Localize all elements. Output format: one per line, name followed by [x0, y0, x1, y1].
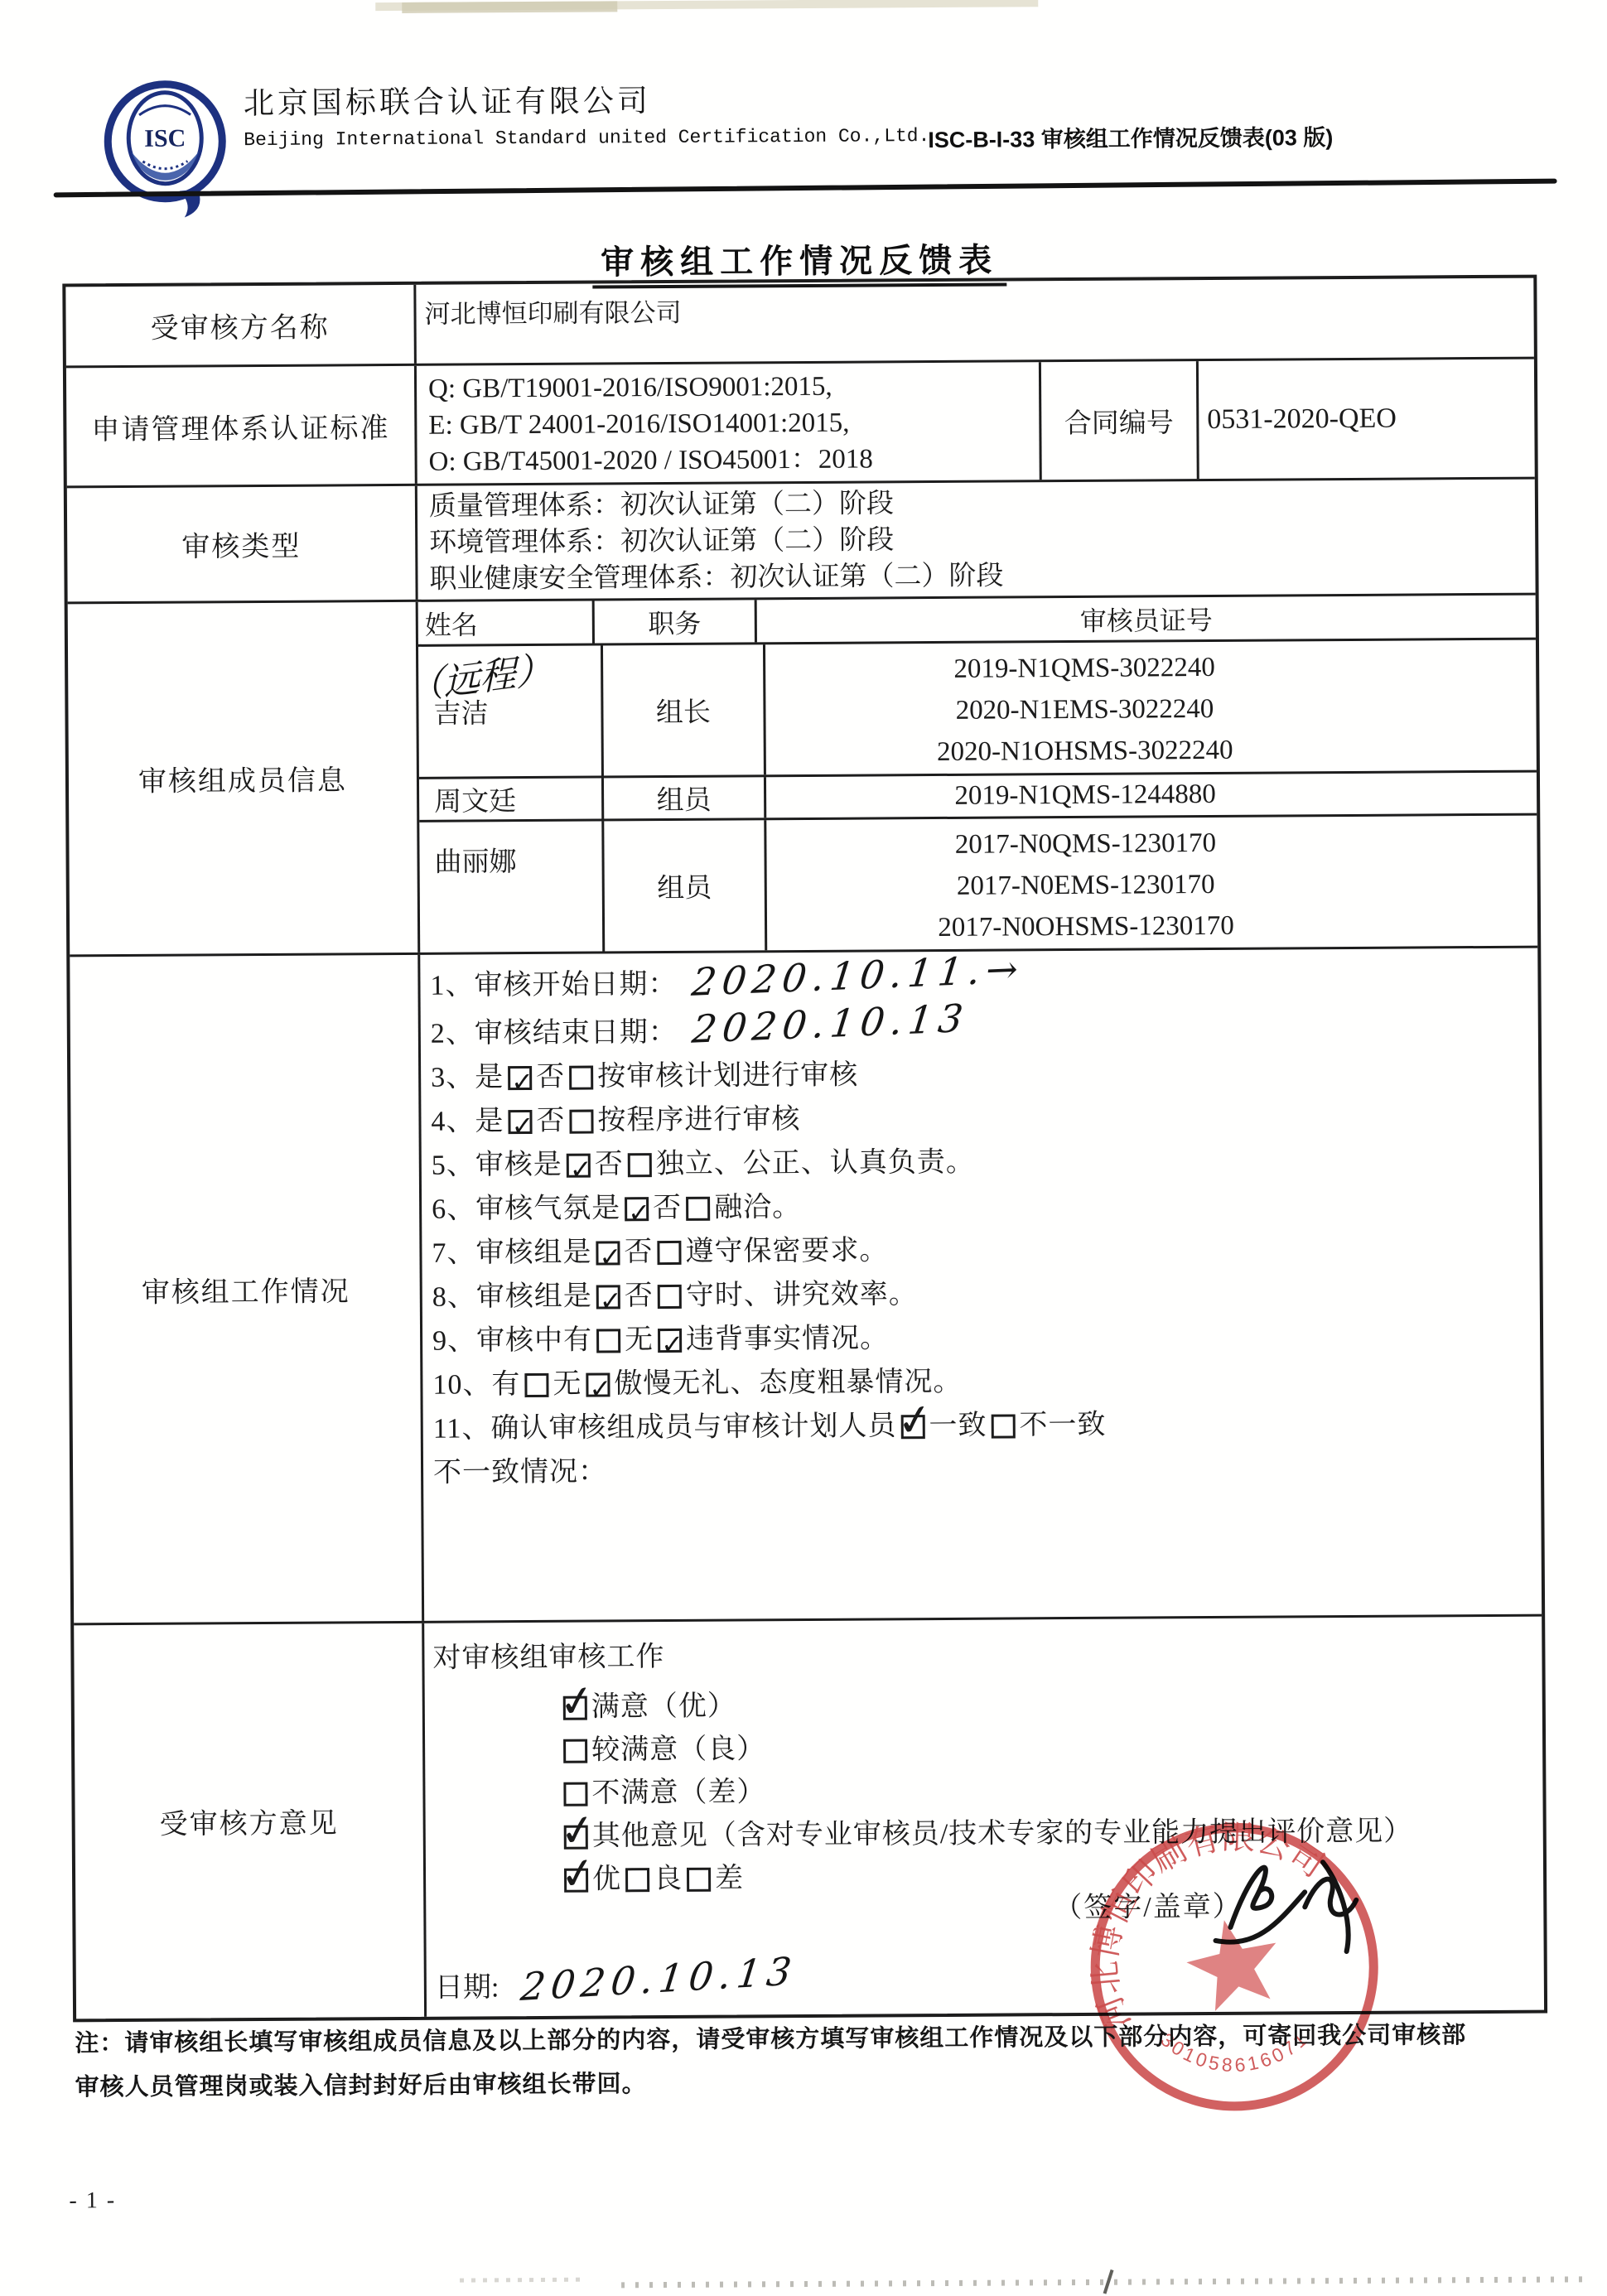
contract-value: 0531-2020-QEO	[1196, 359, 1535, 479]
scan-content: ISC 北京国标联合认证有限公司 Beijing International S…	[0, 0, 1607, 2296]
checkbox-empty	[563, 1782, 587, 1806]
member-name: 曲丽娜 （远程）	[419, 821, 602, 952]
checkbox-empty	[686, 1197, 710, 1221]
opinion-option: 不满意（差）	[559, 1767, 1542, 1816]
checkbox-empty	[563, 1739, 587, 1763]
member-row: 周文廷 组员 2019-N1QMS-1244880	[419, 770, 1537, 820]
checkbox-empty	[658, 1285, 682, 1309]
work-item: 2、审核结束日期：2020.10.13	[431, 1001, 1538, 1056]
auditee-label: 受审核方名称	[65, 285, 414, 366]
work-item: 8、审核组是否守时、讲究效率。	[432, 1269, 1540, 1319]
member-certs: 2019-N1QMS-3022240 2020-N1EMS-3022240 20…	[763, 640, 1537, 775]
member-cert: 2020-N1EMS-3022240	[765, 687, 1403, 733]
footer-note: 注：请审核组长填写审核组成员信息及以上部分的内容，请受审核方填写审核组工作情况及…	[75, 2013, 1566, 2110]
opinion-intro: 对审核组审核工作	[424, 1617, 1542, 1676]
member-role: 组员	[601, 820, 765, 951]
text: 5、审核是	[432, 1150, 562, 1181]
svg-text:河北博恒印刷有限公司: 河北博恒印刷有限公司	[1058, 1797, 1358, 2036]
audit-type-line: 职业健康安全管理体系：初次认证第（二）阶段	[429, 555, 1535, 598]
text: 差	[715, 1863, 744, 1893]
checkbox-hand	[563, 1696, 587, 1720]
member-name: 周文廷	[419, 778, 601, 819]
member-row: 吉洁 组长 2019-N1QMS-3022240 2020-N1EMS-3022…	[418, 638, 1537, 777]
text: 2、审核结束日期：	[431, 1017, 678, 1049]
checkbox-empty	[569, 1110, 593, 1134]
work-item: 4、是否按程序进行审核	[431, 1093, 1538, 1144]
text: 融洽。	[714, 1192, 801, 1223]
member-col-role: 职务	[592, 600, 755, 643]
svg-text:ISC: ISC	[144, 125, 186, 152]
member-col-cert: 审核员证号	[755, 596, 1536, 643]
checkbox-check	[567, 1154, 591, 1178]
handwritten-date: 2020.10.13	[519, 1948, 799, 2009]
text: 11、确认审核组成员与审核计划人员	[433, 1411, 897, 1444]
text: 不满意（差）	[591, 1777, 765, 1808]
scan-artifact-bottom	[460, 2278, 584, 2283]
auditee-value-cell: 河北博恒印刷有限公司	[413, 278, 1534, 364]
row-standards: 申请管理体系认证标准 Q: GB/T19001-2016/ISO9001:201…	[66, 357, 1535, 486]
work-item: 9、审核中有无违背事实情况。	[432, 1313, 1540, 1363]
standards-label: 申请管理体系认证标准	[66, 366, 415, 486]
text: 8、审核组是	[432, 1281, 592, 1313]
isc-logo-icon: ISC	[99, 75, 233, 227]
work-item: 6、审核气氛是否融洽。	[432, 1181, 1539, 1232]
opinion-label: 受审核方意见	[74, 1623, 424, 2019]
doc-code: ISC-B-I-33 审核组工作情况反馈表(03 版)	[928, 119, 1333, 154]
standards-cell: Q: GB/T19001-2016/ISO9001:2015, E: GB/T …	[414, 362, 1040, 484]
text: 傲慢无礼、态度粗暴情况。	[614, 1367, 962, 1400]
note-line-2: 审核人员管理岗或装入信封封好后由审核组长带回。	[75, 2057, 1566, 2110]
checkbox-check	[658, 1329, 682, 1353]
org-name-en: Beijing International Standard united Ce…	[244, 125, 929, 151]
text: 否	[595, 1149, 624, 1179]
audit-type-cell: 质量管理体系：初次认证第（二）阶段 环境管理体系：初次认证第（二）阶段 职业健康…	[415, 480, 1536, 600]
checkbox-empty	[569, 1066, 593, 1090]
work-item: 1、审核开始日期：2020.10.11.→	[430, 953, 1537, 1008]
text: 否	[536, 1062, 565, 1093]
member-cert: 2020-N1OHSMS-3022240	[766, 729, 1404, 774]
text: 无	[625, 1324, 654, 1355]
text: 较满意（良）	[591, 1734, 765, 1765]
text: 否	[536, 1106, 565, 1136]
text: 3、是	[431, 1062, 504, 1093]
work-item: 不一致情况：	[433, 1445, 1541, 1495]
checkbox-check	[508, 1110, 532, 1134]
text: 1、审核开始日期：	[430, 969, 677, 1001]
header-rule	[54, 179, 1557, 198]
date-line: 日期: 2020.10.13	[435, 1959, 798, 2006]
member-role: 组员	[601, 777, 764, 818]
date-label: 日期:	[435, 1972, 499, 2003]
member-certs: 2017-N0QMS-1230170 2017-N0EMS-1230170 20…	[764, 816, 1537, 951]
text: 良	[654, 1864, 683, 1894]
text: 不一致情况：	[433, 1456, 607, 1488]
handwritten-text: 2020.10.11.→	[689, 947, 1025, 1005]
member-role: 组长	[601, 644, 764, 775]
text: 按审核计划进行审核	[597, 1060, 858, 1093]
text: 6、审核气氛是	[432, 1193, 620, 1224]
checkbox-check	[508, 1066, 532, 1090]
handwritten-text: 2020.10.13	[690, 996, 971, 1052]
scanned-form-page: ISC 北京国标联合认证有限公司 Beijing International S…	[0, 0, 1607, 2296]
text: 无	[553, 1369, 582, 1400]
checkbox-check	[596, 1241, 620, 1265]
text: 独立、公正、认真负责。	[656, 1147, 975, 1179]
text: 不一致	[1019, 1410, 1106, 1441]
checkbox-empty	[687, 1868, 711, 1892]
member-cert: 2019-N1QMS-3022240	[765, 646, 1403, 692]
stamp-star-icon	[1180, 1910, 1287, 2014]
text: 否	[625, 1281, 654, 1311]
checkbox-empty	[524, 1373, 548, 1397]
row-members: 审核组成员信息 姓名 职务 审核员证号 吉洁 组长 2019-N1QMS-302…	[68, 593, 1538, 955]
members-label: 审核组成员信息	[68, 602, 418, 955]
member-cert: 2017-N0QMS-1230170	[766, 822, 1404, 867]
page-number: - 1 -	[69, 2187, 116, 2214]
work-label: 审核组工作情况	[70, 955, 422, 1623]
text: 一致	[929, 1411, 987, 1441]
member-cert: 2017-N0EMS-1230170	[767, 863, 1405, 909]
text: 4、是	[431, 1106, 504, 1137]
contract-label: 合同编号	[1039, 361, 1197, 480]
checkbox-hand	[900, 1415, 924, 1439]
row-auditee: 受审核方名称 河北博恒印刷有限公司	[65, 278, 1534, 366]
checkbox-hand	[564, 1826, 588, 1850]
text: 违背事实情况。	[686, 1323, 889, 1354]
text: 7、审核组是	[432, 1237, 591, 1269]
row-audit-type: 审核类型 质量管理体系：初次认证第（二）阶段 环境管理体系：初次认证第（二）阶段…	[67, 477, 1536, 602]
text: 守时、讲究效率。	[686, 1279, 918, 1311]
form-table: 受审核方名称 河北博恒印刷有限公司 申请管理体系认证标准 Q: GB/T1900…	[62, 275, 1547, 2023]
text: 否	[624, 1237, 653, 1267]
company-stamp-icon: 河北博恒印刷有限公司 301058616071	[1037, 1770, 1432, 2168]
checkbox-empty	[991, 1414, 1015, 1438]
checkbox-check	[586, 1372, 610, 1396]
standard-line: Q: GB/T19001-2016/ISO9001:2015,	[428, 367, 1039, 408]
member-name-text: 曲丽娜	[434, 840, 516, 880]
work-item: 5、审核是否独立、公正、认真负责。	[432, 1137, 1539, 1188]
checkbox-empty	[657, 1241, 681, 1265]
opinion-option: 较满意（良）	[559, 1724, 1542, 1773]
note-line-1: 注：请审核组长填写审核组成员信息及以上部分的内容，请受审核方填写审核组工作情况及…	[75, 2013, 1566, 2066]
text: 满意（优）	[591, 1691, 736, 1723]
member-col-name: 姓名	[418, 601, 592, 644]
standard-line: O: GB/T45001-2020 / ISO45001：2018	[428, 440, 1039, 480]
checkbox-empty	[625, 1868, 649, 1892]
member-cert: 2017-N0OHSMS-1230170	[767, 904, 1405, 950]
text: 9、审核中有	[432, 1325, 592, 1357]
work-items: 1、审核开始日期：2020.10.11.→2、审核结束日期：2020.10.13…	[420, 948, 1541, 1495]
member-row: 曲丽娜 （远程） 组员 2017-N0QMS-1230170 2017-N0EM…	[419, 813, 1537, 953]
standard-line: E: GB/T 24001-2016/ISO14001:2015,	[428, 403, 1039, 444]
text: 遵守保密要求。	[685, 1235, 888, 1266]
member-cert: 2019-N1QMS-1244880	[764, 773, 1537, 818]
opinion-option: 满意（优）	[559, 1681, 1542, 1729]
scan-artifact-top	[402, 1, 617, 13]
checkbox-check	[625, 1197, 649, 1221]
text: 否	[653, 1193, 682, 1223]
row-work-situation: 审核组工作情况 1、审核开始日期：2020.10.11.→2、审核结束日期：20…	[70, 946, 1542, 1623]
audit-type-label: 审核类型	[67, 486, 416, 602]
text: 按程序进行审核	[597, 1104, 800, 1136]
work-item: 3、是否按审核计划进行审核	[431, 1049, 1538, 1100]
work-item: 10、有无傲慢无礼、态度粗暴情况。	[432, 1357, 1540, 1407]
checkbox-check	[596, 1285, 620, 1309]
members-header-row: 姓名 职务 审核员证号	[418, 596, 1536, 644]
checkbox-hand	[564, 1869, 588, 1893]
work-cell: 1、审核开始日期：2020.10.11.→2、审核结束日期：2020.10.13…	[417, 948, 1542, 1621]
members-table: 姓名 职务 审核员证号 吉洁 组长 2019-N1QMS-3022240 202…	[416, 596, 1538, 953]
auditee-value: 河北博恒印刷有限公司	[416, 278, 1533, 330]
work-item: 7、审核组是否遵守保密要求。	[432, 1225, 1539, 1276]
checkbox-empty	[596, 1329, 620, 1353]
checkbox-empty	[628, 1153, 652, 1177]
org-name-cn: 北京国标联合认证有限公司	[244, 75, 651, 123]
text: 10、有	[432, 1369, 520, 1401]
